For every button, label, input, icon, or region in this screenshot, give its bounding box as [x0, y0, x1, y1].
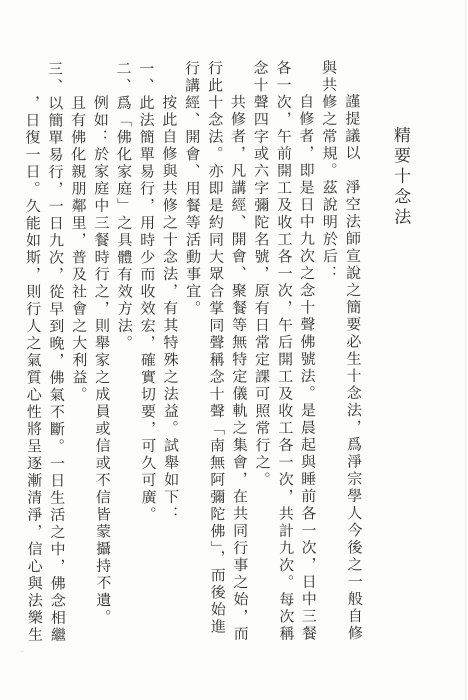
vertical-text-body: 精要十念法 謹提議以 淨空法師宣說之簡要必生十念法，爲淨宗學人今後之一般自修 與… [0, 0, 468, 700]
scanned-page: 精要十念法 謹提議以 淨空法師宣說之簡要必生十念法，爲淨宗學人今後之一般自修 與… [0, 0, 468, 700]
text-column-group-practice-3: 行講經、開會、用餐等活動事宜。 [184, 60, 200, 317]
text-column-group-practice-2: 行此十念法。亦即是約同大眾合掌同聲稱念十聲「南無阿彌陀佛」，而後始進 [207, 60, 225, 636]
text-column-benefit-2: 二、爲「佛化家庭」之具體有效方法。 [115, 60, 132, 352]
text-column-intro: 謹提議以 淨空法師宣說之簡要必生十念法，爲淨宗學人今後之一般自修 [344, 93, 362, 642]
text-column-benefits-intro: 按此自修與共修之十念法，有其特殊之法益。試舉如下： [161, 94, 178, 523]
text-column-intro-cont: 與共修之常規。茲說明於后： [321, 59, 337, 282]
text-column-benefit-3: 三、以簡單易行，一日九次，從早到晚，佛氣不斷。一日生活之中，佛念相繼 [47, 60, 65, 643]
text-column-benefit-3-cont: ，日復一日。久能如斯，則行人之氣質心性將呈逐漸清淨，信心與法樂生 [24, 95, 42, 644]
text-column-benefit-2-cont-2: 且有佛化親朋鄰里，普及社會之大利益。 [70, 95, 87, 404]
page-title: 精要十念法 [391, 126, 409, 228]
text-column-self-practice: 自修者，即是日中九次之念十聲佛號法。是晨起與睡前各一次，日中三餐 [298, 93, 316, 642]
text-column-group-practice: 共修者，凡講經、開會、聚餐等無特定儀軌之集會，在共同行事之始，而 [230, 94, 248, 643]
text-column-benefit-2-cont: 例如：於家庭中三餐時行之，則舉家之成員或信或不信皆蒙攝持不遺。 [93, 94, 111, 626]
text-column-self-practice-3: 念十聲四字或六字彌陀名號，原有日常定課可照常行之。 [252, 59, 269, 488]
text-column-benefit-1: 一、此法簡單易行，用時少而收效宏，確實切要，可久可廣。 [138, 60, 155, 523]
text-column-self-practice-2: 各一次，午前開工及收工各一次，午后開工及收工各一次，共計九次。每次稱 [275, 59, 293, 642]
